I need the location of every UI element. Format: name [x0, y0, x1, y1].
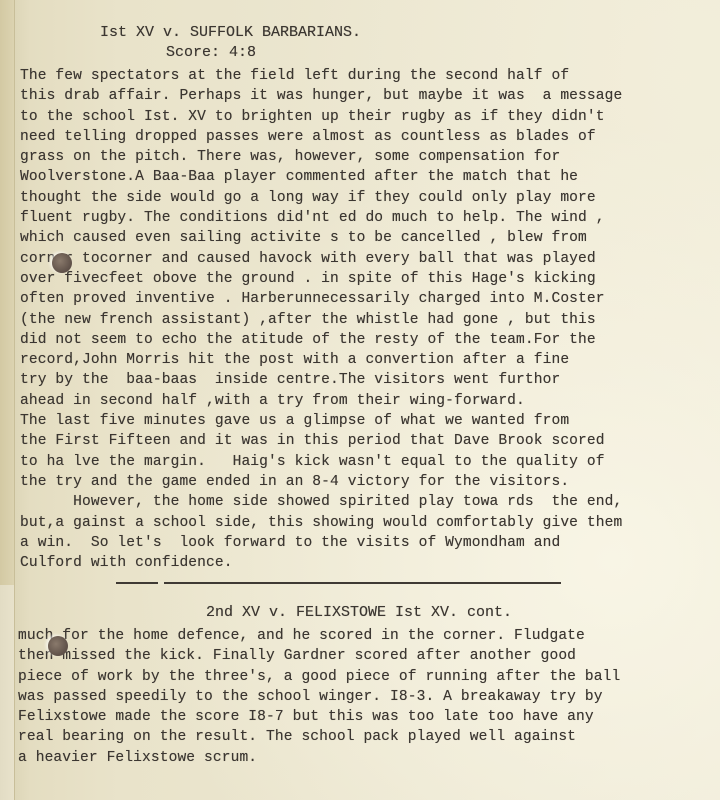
divider-gap: [158, 581, 164, 585]
text-line: corner tocorner and caused havock with e…: [20, 249, 622, 269]
text-line: was passed speedily to the school winger…: [18, 687, 620, 707]
text-line: the try and the game ended in an 8-4 vic…: [20, 472, 622, 492]
section2-title: 2nd XV v. FELIXSTOWE Ist XV. cont.: [206, 604, 512, 621]
text-line: often proved inventive . Harberunnecessa…: [20, 289, 622, 309]
text-line: much for the home defence, and he scored…: [18, 626, 620, 646]
section1-score: Score: 4:8: [166, 44, 256, 61]
section-divider: [116, 582, 561, 584]
text-line: However, the home side showed spirited p…: [20, 492, 622, 512]
text-line: to ha lve the margin. Haig's kick wasn't…: [20, 452, 622, 472]
text-line: this drab affair. Perhaps it was hunger,…: [20, 86, 622, 106]
punch-hole-lower: [48, 636, 68, 656]
text-line: The last five minutes gave us a glimpse …: [20, 411, 622, 431]
text-line: thought the side would go a long way if …: [20, 188, 622, 208]
text-line: The few spectators at the field left dur…: [20, 66, 622, 86]
text-line: (the new french assistant) ,after the wh…: [20, 310, 622, 330]
text-line: to the school Ist. XV to brighten up the…: [20, 107, 622, 127]
text-line: Culford with confidence.: [20, 553, 622, 573]
text-line: which caused even sailing activite s to …: [20, 228, 622, 248]
text-line: did not seem to echo the atitude of the …: [20, 330, 622, 350]
text-line: over fivecfeet obove the ground . in spi…: [20, 269, 622, 289]
text-line: need telling dropped passes were almost …: [20, 127, 622, 147]
text-line: real bearing on the result. The school p…: [18, 727, 620, 747]
text-line: grass on the pitch. There was, however, …: [20, 147, 622, 167]
section2-body: much for the home defence, and he scored…: [18, 626, 620, 768]
text-line: fluent rugby. The conditions did'nt ed d…: [20, 208, 622, 228]
text-line: try by the baa-baas inside centre.The vi…: [20, 370, 622, 390]
text-line: Felixstowe made the score I8-7 but this …: [18, 707, 620, 727]
text-line: ahead in second half ,with a try from th…: [20, 391, 622, 411]
text-line: a heavier Felixstowe scrum.: [18, 748, 620, 768]
text-line: record,John Morris hit the post with a c…: [20, 350, 622, 370]
text-line: then missed the kick. Finally Gardner sc…: [18, 646, 620, 666]
text-line: piece of work by the three's, a good pie…: [18, 667, 620, 687]
text-line: the First Fifteen and it was in this per…: [20, 431, 622, 451]
section1-body: The few spectators at the field left dur…: [20, 66, 622, 573]
punch-hole-upper: [52, 253, 72, 273]
section1-title: Ist XV v. SUFFOLK BARBARIANS.: [100, 24, 361, 41]
text-line: but,a gainst a school side, this showing…: [20, 513, 622, 533]
paper-page: Ist XV v. SUFFOLK BARBARIANS. Score: 4:8…: [0, 0, 720, 800]
paper-edge-lower: [0, 585, 14, 800]
text-line: a win. So let's look forward to the visi…: [20, 533, 622, 553]
text-line: Woolverstone.A Baa-Baa player commented …: [20, 167, 622, 187]
